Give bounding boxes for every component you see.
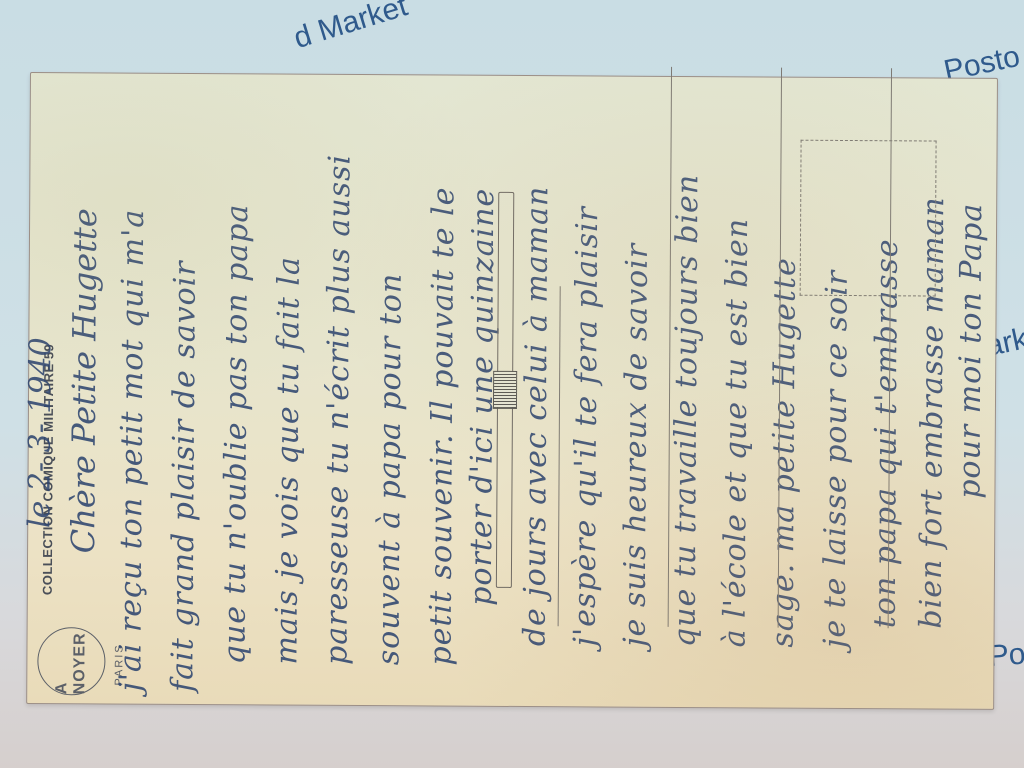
- stamp-box: [800, 140, 937, 297]
- letter-line: paresseuse tu n'écrit plus aussi: [319, 154, 357, 665]
- letter-line: j'ai reçu ton petit mot qui m'a: [113, 209, 151, 692]
- letter-line: que tu travaille toujours bien: [668, 174, 706, 647]
- publisher-logo-icon: A NOYER: [37, 627, 105, 695]
- divider-ornament-icon: [493, 371, 517, 409]
- letter-line: que tu n'oublie pas ton papa: [217, 204, 255, 665]
- letter-line: petit souvenir. Il pouvait te le: [423, 186, 461, 665]
- photo-scene: d Market Posto ark Po A NOYER PARIS COLL…: [0, 0, 1024, 768]
- postcard: A NOYER PARIS COLLECTION COMIQUE MILITAI…: [26, 72, 998, 710]
- letter-line: fait grand plaisir de savoir: [165, 260, 203, 692]
- letter-line: à l'école et que tu est bien: [717, 218, 755, 648]
- letter-line: pour moi ton Papa: [952, 203, 989, 499]
- letter-line: sage. ma petite Hugette: [765, 257, 802, 648]
- letter-date: le 2- 3- 1940: [22, 337, 58, 528]
- letter-line: je suis heureux de savoir: [618, 243, 655, 647]
- address-line: [558, 286, 561, 626]
- background-text-market: d Market: [290, 0, 412, 56]
- postcard-content: A NOYER PARIS COLLECTION COMIQUE MILITAI…: [27, 73, 997, 709]
- address-divider: [496, 192, 514, 588]
- letter-line: je te laisse pour ce soir: [817, 270, 854, 648]
- letter-greeting: Chère Petite Hugette: [64, 208, 104, 553]
- letter-line: souvent à papa pour ton: [371, 273, 408, 666]
- logo-text: A NOYER: [53, 628, 89, 694]
- letter-line: de jours avec celui à maman: [518, 186, 556, 647]
- letter-line: ton papa qui t'embrasse: [868, 238, 905, 628]
- letter-line: mais je vois que tu fait la: [269, 256, 306, 665]
- letter-line: j'espère qu'il te fera plaisir: [568, 206, 606, 647]
